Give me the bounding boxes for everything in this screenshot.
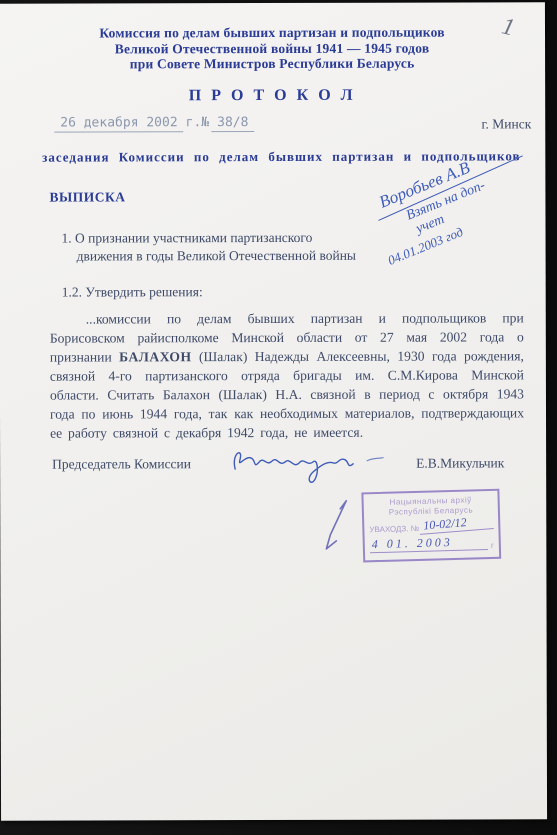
archive-entry-stamp: Нацыянальны архіў Рэспублікі Беларусь УВ…: [361, 489, 501, 563]
agenda-item-1-line-1: 1. О признании участниками партизанского: [62, 230, 313, 247]
letterhead-line-1: Комиссия по делам бывших партизан и подп…: [0, 24, 545, 41]
handwritten-checkmark: [316, 495, 358, 557]
signature-icon: [225, 439, 395, 494]
chairman-name: Е.В.Микульчик: [416, 455, 504, 471]
document-title: П Р О Т О К О Л: [0, 86, 545, 105]
agenda-item-1-line-2: движения в годы Великой Отечественной во…: [77, 248, 356, 265]
stamp-entry-date: 4 01. 2003: [370, 534, 488, 553]
scanned-document: 1 Комиссия по делам бывших партизан и по…: [0, 0, 557, 835]
extract-label: ВЫПИСКА: [49, 189, 125, 205]
chairman-signature-scribble: [225, 439, 395, 494]
city-label: г. Минск: [481, 116, 531, 132]
chairman-title-label: Председатель Комиссии: [52, 456, 191, 472]
document-date: 26 декабря 2002: [54, 115, 183, 132]
handwritten-annotation: Воробьев А.В Взять на доп- учет 04.01.20…: [367, 120, 557, 267]
stamp-entry-label: УВАХОДЗ. №: [369, 524, 419, 534]
letterhead: Комиссия по делам бывших партизан и подп…: [0, 24, 545, 72]
document-page: 1 Комиссия по делам бывших партизан и по…: [0, 2, 547, 820]
letterhead-line-3: при Совете Министров Республики Беларусь: [0, 55, 545, 72]
decision-paragraph: ...комиссии по делам бывших партизан и п…: [50, 308, 524, 442]
person-surname: БАЛАХОН: [119, 349, 191, 364]
letterhead-line-2: Великой Отечественной войны 1941 — 1945 …: [0, 40, 545, 57]
date-and-number-line: 26 декабря 2002г.№38/8: [54, 115, 254, 131]
number-label: г.№: [184, 115, 212, 130]
document-number: 38/8: [211, 115, 254, 132]
stamp-date-suffix: г: [491, 541, 494, 550]
agenda-item-1-2: 1.2. Утвердить решения:: [62, 284, 203, 300]
pen-mark-icon: [316, 495, 358, 557]
